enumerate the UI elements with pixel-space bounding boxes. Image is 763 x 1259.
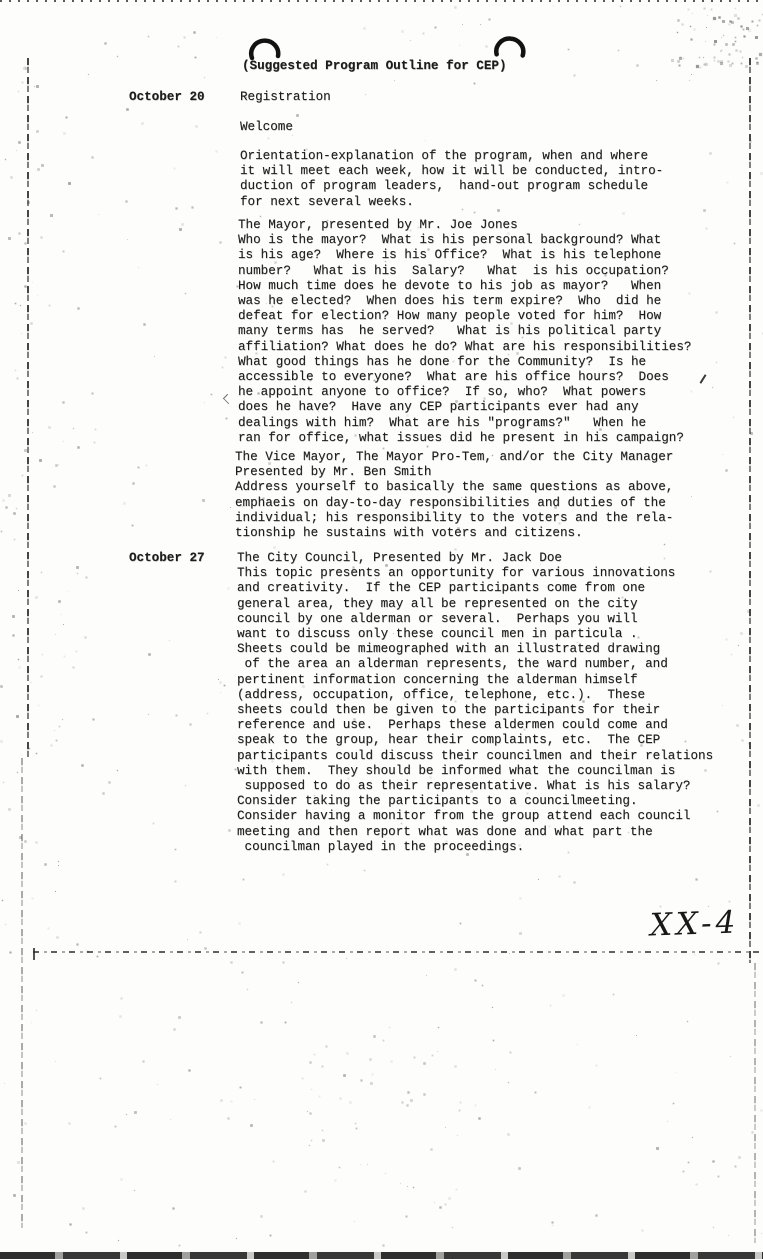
handwritten-page-number: XX-4 (649, 904, 739, 943)
orientation-paragraph: Orientation-explanation of the program, … (240, 149, 663, 210)
vice-mayor-paragraph: The Vice Mayor, The Mayor Pro-Tem, and/o… (235, 450, 673, 541)
left-margin-scan-line (27, 58, 29, 758)
city-council-paragraph: The City Council, Presented by Mr. Jack … (237, 551, 713, 855)
binder-ring-arc-icon (246, 30, 284, 62)
left-margin-scan-line-lower (21, 758, 23, 1228)
section-date-october-27: October 27 (129, 551, 205, 566)
perforation-dots-border (0, 0, 763, 2)
registration-heading: Registration (240, 90, 331, 105)
page-bottom-edge-dashed-line (33, 951, 763, 953)
right-margin-scan-line (749, 58, 751, 963)
welcome-heading: Welcome (240, 120, 293, 135)
stray-slash-mark (700, 374, 707, 384)
section-date-october-20: October 20 (129, 90, 205, 105)
stray-angle-mark (223, 394, 233, 404)
page-corner-tick (33, 948, 35, 960)
right-margin-scan-line-lower (754, 963, 756, 1243)
document-title: (Suggested Program Outline for CEP) (242, 59, 507, 74)
scan-noise-clusters (0, 0, 1, 1)
scanned-document-page: (Suggested Program Outline for CEP) Octo… (0, 0, 763, 1259)
binder-ring-arc-icon (490, 26, 532, 62)
scan-bottom-band (0, 1252, 763, 1259)
mayor-paragraph: The Mayor, presented by Mr. Joe Jones Wh… (238, 218, 691, 446)
